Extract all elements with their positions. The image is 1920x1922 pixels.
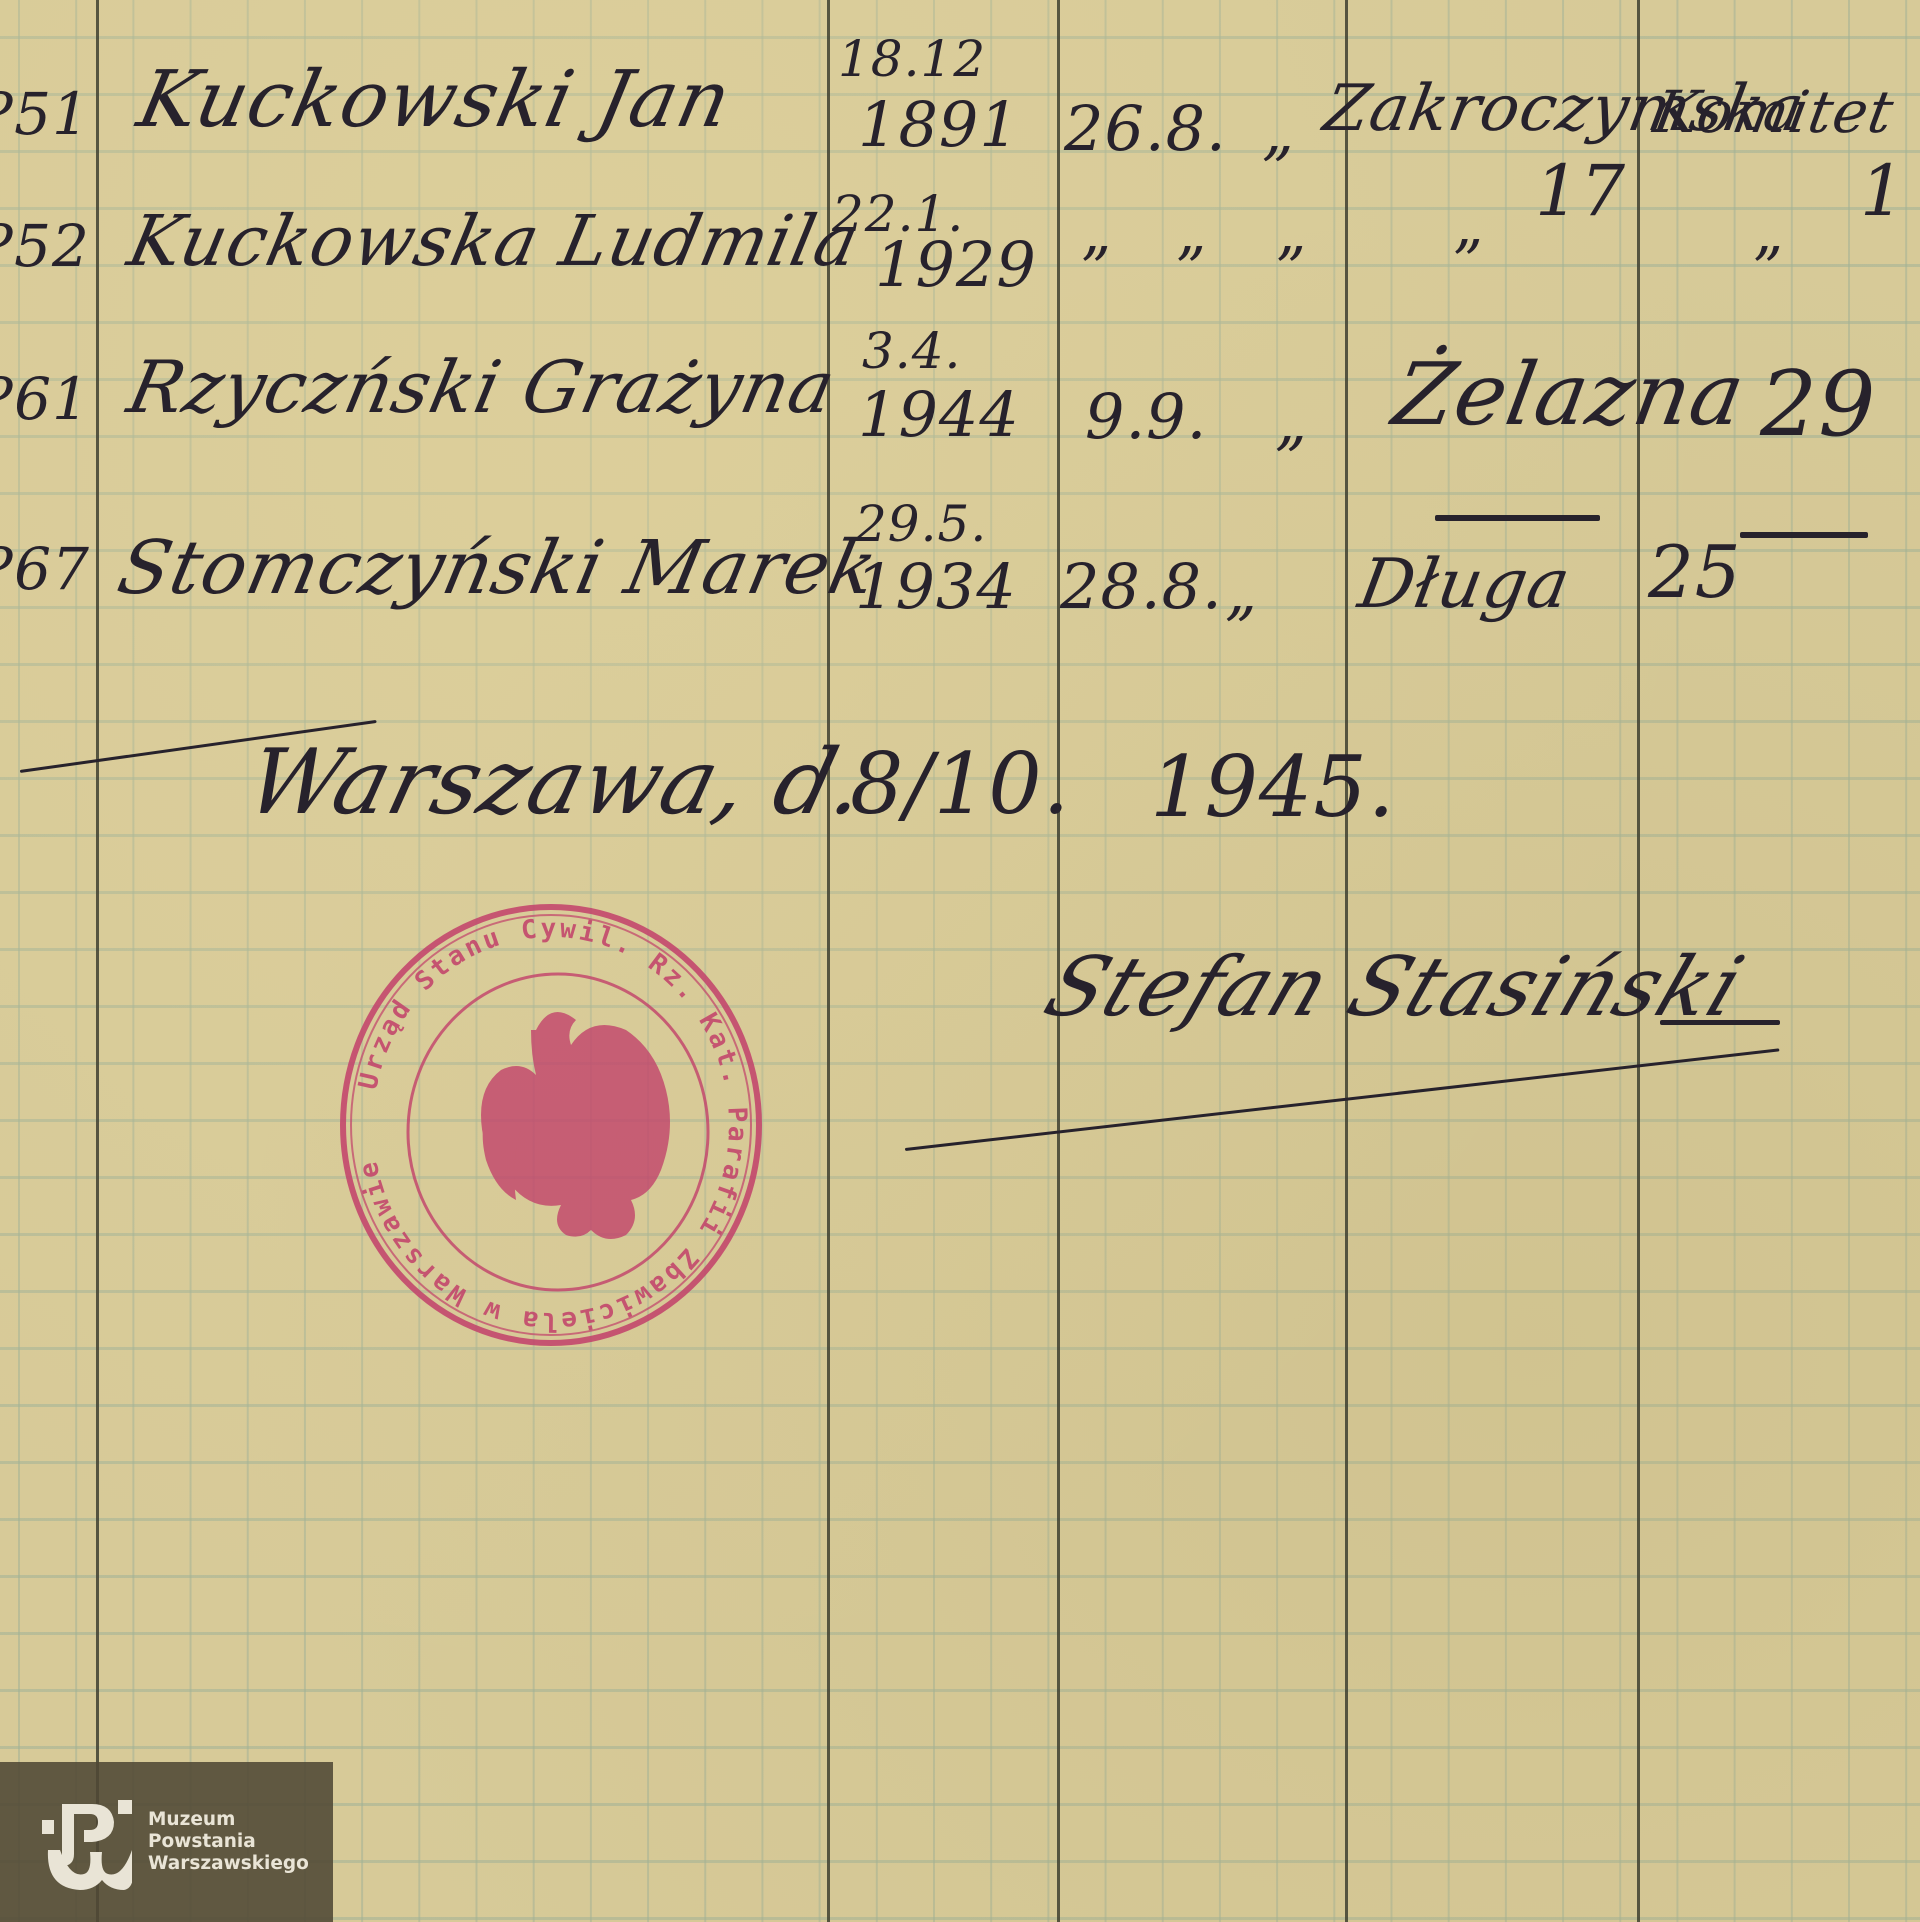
entry-name: Kuckowski Jan [130,55,739,145]
entry-name: Stomczyński Marek [111,525,885,611]
entry-number: ?52 [0,212,90,280]
overline-stroke [1740,532,1868,538]
entry-street-ditto: ” [1275,235,1307,305]
entry-house-number: 29 [1760,352,1877,457]
column-rule-1 [96,0,99,1922]
entry-number: ?67 [0,535,90,603]
entry-number: ?61 [0,365,90,433]
entry-day: 26.8. [1064,92,1227,165]
entry-name: Kuckowska Ludmila [121,200,867,282]
entry-apartment-number: 1 [1860,150,1906,232]
entry-name: Rzyczński Grażyna [121,345,843,429]
entry-apartment: Komitet [1649,78,1899,146]
entry-year-ditto: ” [1175,235,1207,305]
entry-year-ditto: „ [1262,95,1295,168]
entry-day-ditto: ” [1080,235,1112,305]
birth-day-month: 18.12 [838,30,986,88]
museum-name-line-3: Warszawskiego [148,1853,309,1875]
entry-year-ditto: „ [1225,555,1258,628]
museum-name: Muzeum Powstania Warszawskiego [148,1809,309,1875]
entry-house-number: 25 [1648,530,1742,614]
footer-year: 1945. [1150,738,1395,836]
entry-day: 28.8. [1060,550,1223,623]
birth-year: 1891 [858,88,1020,161]
entry-house-number: 17 [1535,150,1626,232]
museum-name-line-2: Powstania [148,1831,309,1853]
birth-day-month: 29.5. [855,495,987,553]
entry-year-ditto: „ [1275,385,1308,458]
entry-day: 9.9. [1085,380,1207,453]
signature: Stefan Stasiński [1033,940,1756,1035]
entry-apartment-ditto: ” [1752,235,1784,305]
birth-day-month: 3.4. [862,322,961,380]
museum-watermark: Muzeum Powstania Warszawskiego [0,1762,333,1922]
entry-house-ditto: ” [1452,228,1484,298]
overline-stroke [1435,515,1600,521]
entry-street: Długa [1353,545,1576,624]
birth-year: 1944 [858,378,1020,451]
footer-date: 8/10. [850,735,1070,833]
birth-year: 1934 [855,550,1017,623]
signature-tail [1660,1020,1780,1025]
footer-place: Warszawa, d. [237,730,878,835]
entry-street: Żelazna [1386,345,1752,445]
column-rule-2 [827,0,830,1922]
official-stamp: Urząd Stanu Cywil. Rz. Kat. Parafii Zbaw… [336,900,766,1350]
museum-name-line-1: Muzeum [148,1809,309,1831]
kotwica-anchor-logo-icon [42,1792,132,1892]
birth-year: 1929 [875,228,1037,301]
eagle-emblem-icon: Urząd Stanu Cywil. Rz. Kat. Parafii Zbaw… [336,900,766,1350]
entry-number: ?51 [0,80,90,148]
